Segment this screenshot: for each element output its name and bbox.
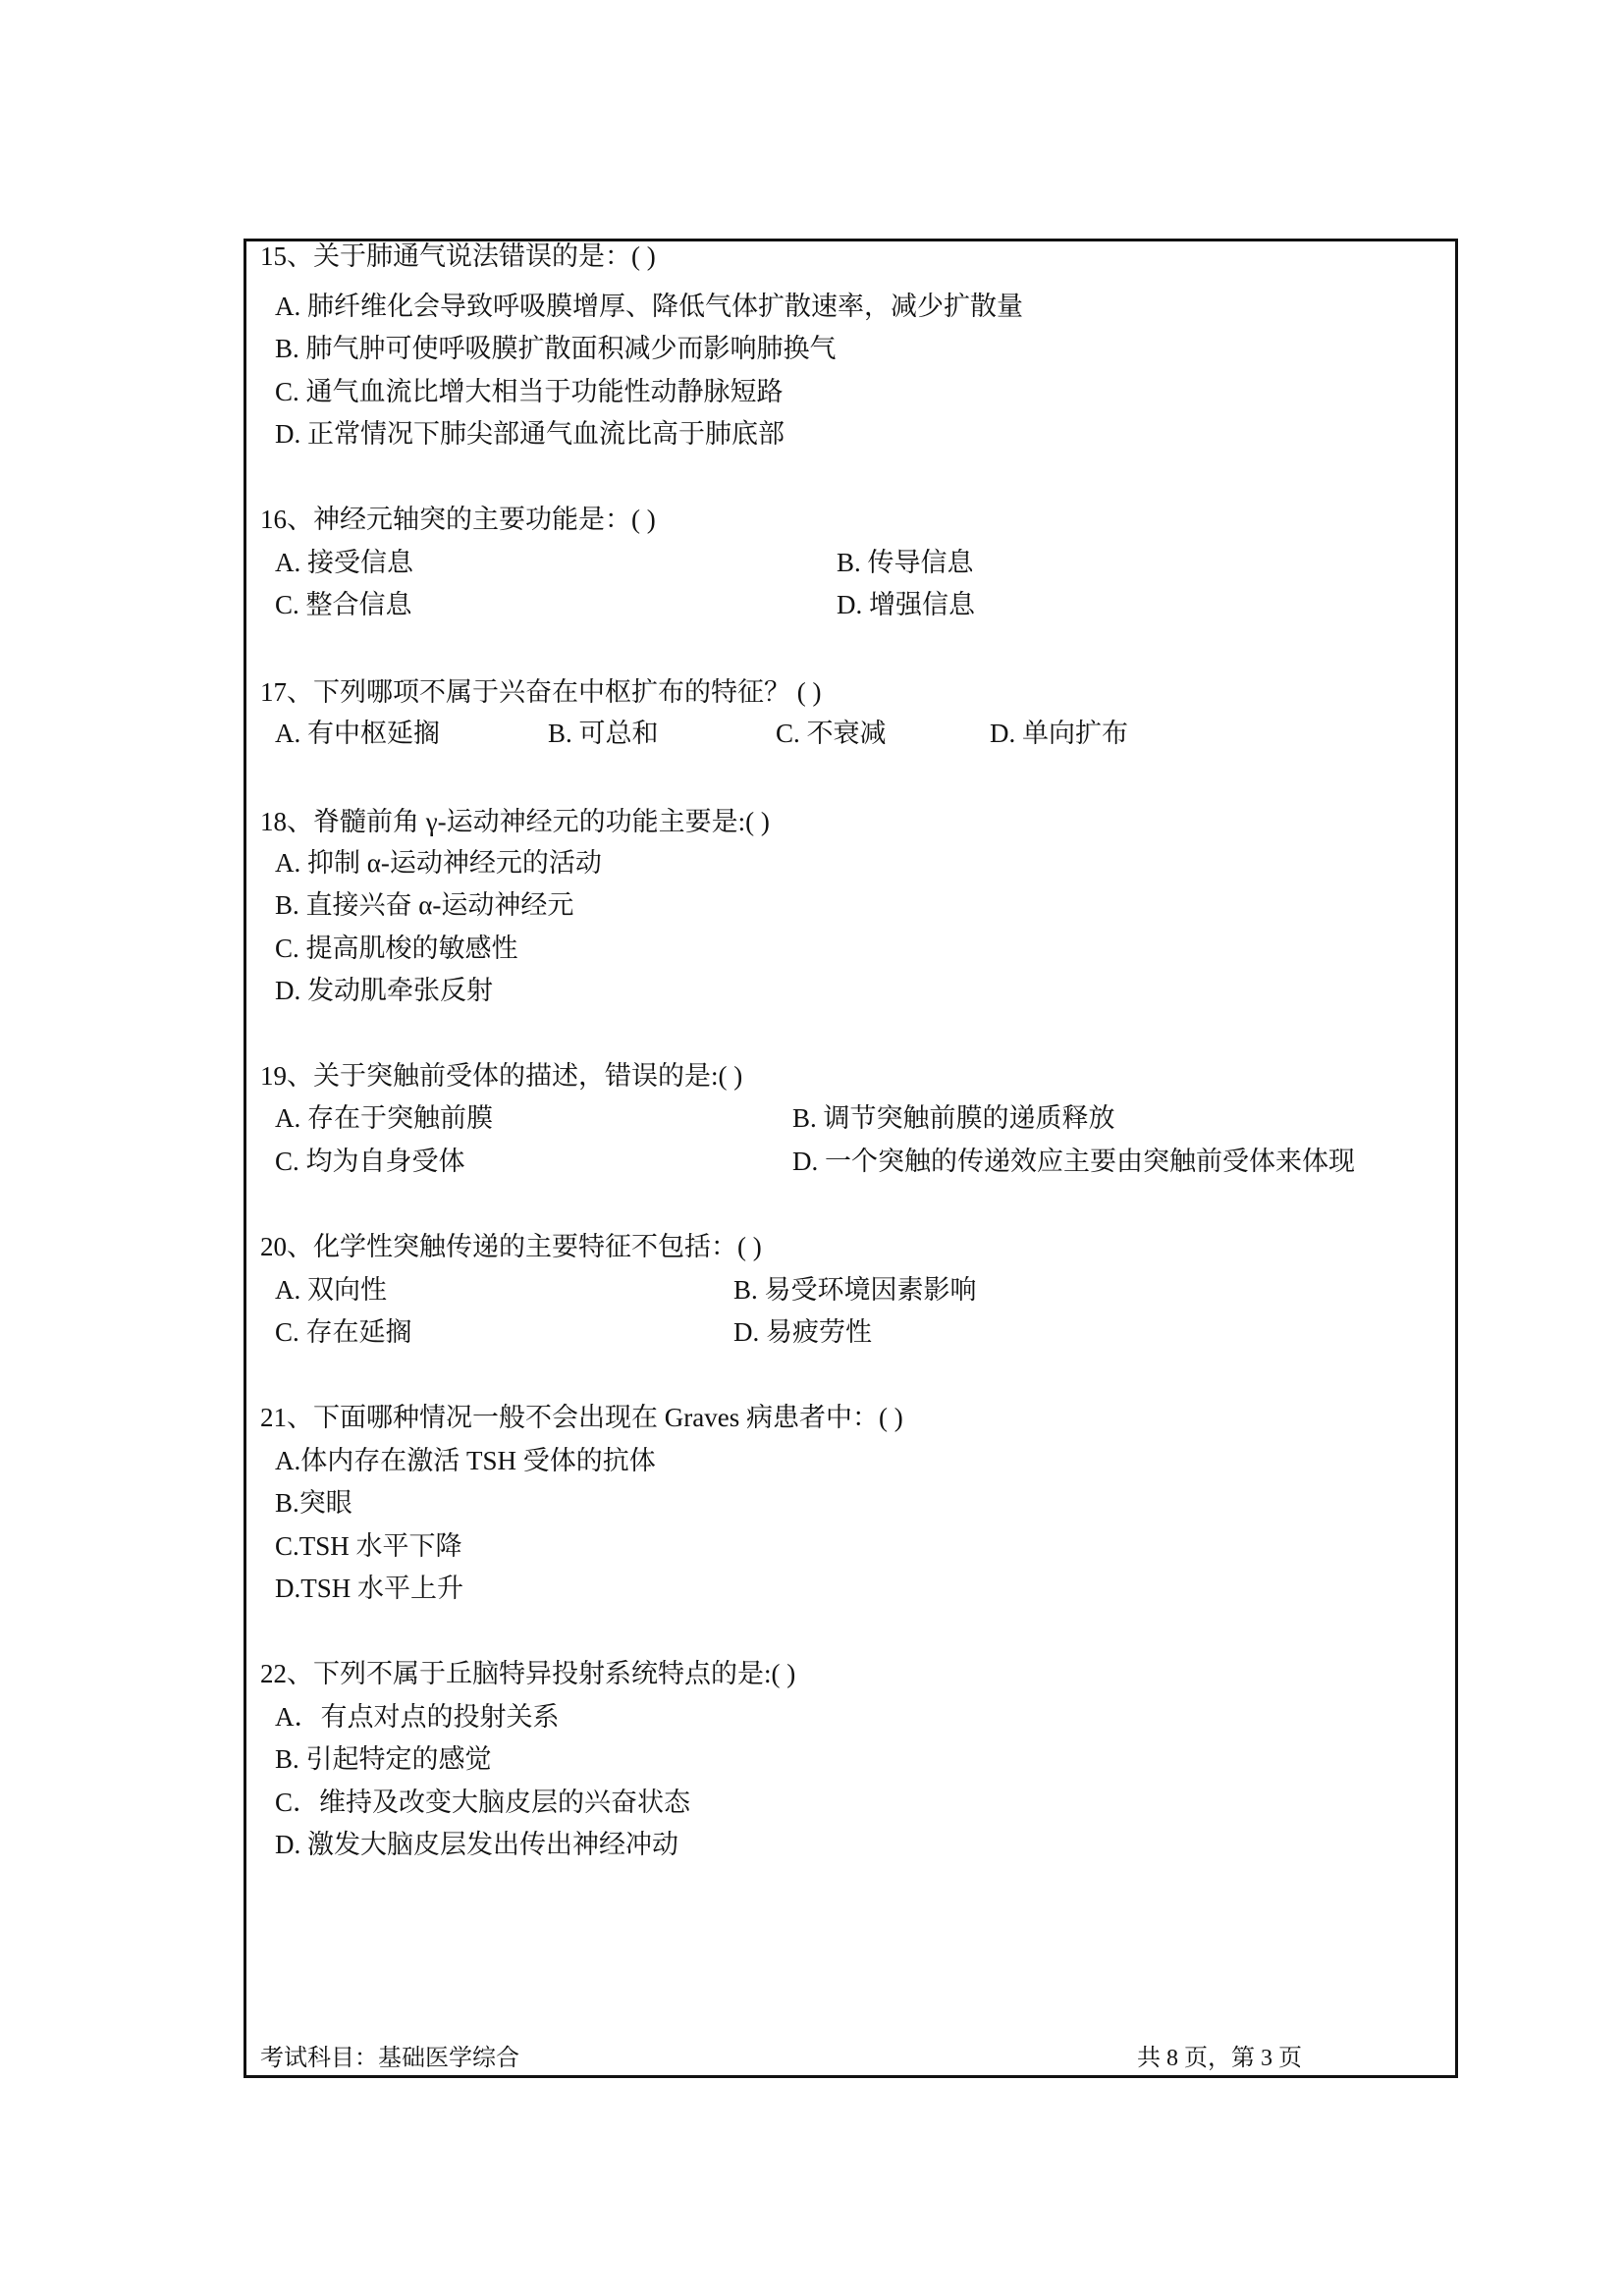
question-19-stem: 19、关于突触前受体的描述，错误的是:( ) bbox=[260, 1059, 742, 1093]
question-16-stem: 16、神经元轴突的主要功能是：( ) bbox=[260, 503, 656, 536]
q20-option-d: D. 易疲劳性 bbox=[733, 1315, 872, 1349]
q18-option-c: C. 提高肌梭的敏感性 bbox=[275, 932, 518, 965]
question-18-stem: 18、脊髓前角 γ-运动神经元的功能主要是:( ) bbox=[260, 805, 770, 838]
q21-option-c: C.TSH 水平下降 bbox=[275, 1529, 462, 1563]
q15-option-d: D. 正常情况下肺尖部通气血流比高于肺底部 bbox=[275, 417, 785, 451]
q20-option-b: B. 易受环境因素影响 bbox=[733, 1273, 977, 1307]
q19-option-a: A. 存在于突触前膜 bbox=[275, 1101, 493, 1135]
q17-option-a: A. 有中枢延搁 bbox=[275, 717, 440, 750]
q22-option-a: A．有点对点的投射关系 bbox=[275, 1700, 560, 1734]
q21-option-a: A.体内存在激活 TSH 受体的抗体 bbox=[275, 1444, 656, 1477]
q17-option-c: C. 不衰减 bbox=[776, 717, 887, 750]
q15-option-c: C. 通气血流比增大相当于功能性动静脉短路 bbox=[275, 375, 784, 408]
q15-option-b: B. 肺气肿可使呼吸膜扩散面积减少而影响肺换气 bbox=[275, 332, 837, 365]
question-22-stem: 22、下列不属于丘脑特异投射系统特点的是:( ) bbox=[260, 1657, 795, 1690]
question-21-stem: 21、下面哪种情况一般不会出现在 Graves 病患者中：( ) bbox=[260, 1401, 903, 1434]
q16-option-a: A. 接受信息 bbox=[275, 546, 413, 579]
q22-option-c: C．维持及改变大脑皮层的兴奋状态 bbox=[275, 1786, 690, 1819]
q16-option-d: D. 增强信息 bbox=[837, 588, 975, 621]
q22-option-d: D. 激发大脑皮层发出传出神经冲动 bbox=[275, 1828, 678, 1861]
q17-option-b: B. 可总和 bbox=[548, 717, 659, 750]
q17-option-d: D. 单向扩布 bbox=[990, 717, 1128, 750]
q18-option-d: D. 发动肌牵张反射 bbox=[275, 974, 493, 1007]
footer-subject: 考试科目：基础医学综合 bbox=[260, 2042, 519, 2075]
q16-option-c: C. 整合信息 bbox=[275, 588, 412, 621]
q15-option-a: A. 肺纤维化会导致呼吸膜增厚、降低气体扩散速率，减少扩散量 bbox=[275, 290, 1023, 323]
q20-option-c: C. 存在延搁 bbox=[275, 1315, 412, 1349]
q21-option-b: B.突眼 bbox=[275, 1486, 352, 1520]
q19-option-b: B. 调节突触前膜的递质释放 bbox=[792, 1101, 1115, 1135]
q19-option-d: D. 一个突触的传递效应主要由突触前受体来体现 bbox=[792, 1145, 1355, 1178]
question-17-stem: 17、下列哪项不属于兴奋在中枢扩布的特征？ ( ) bbox=[260, 675, 821, 709]
q16-option-b: B. 传导信息 bbox=[837, 546, 974, 579]
q20-option-a: A. 双向性 bbox=[275, 1273, 387, 1307]
footer-pagination: 共 8 页，第 3 页 bbox=[1137, 2042, 1302, 2075]
q18-option-a: A. 抑制 α-运动神经元的活动 bbox=[275, 846, 602, 880]
question-20-stem: 20、化学性突触传递的主要特征不包括：( ) bbox=[260, 1230, 762, 1263]
question-15-stem: 15、关于肺通气说法错误的是：( ) bbox=[260, 240, 656, 273]
q18-option-b: B. 直接兴奋 α-运动神经元 bbox=[275, 888, 573, 922]
q19-option-c: C. 均为自身受体 bbox=[275, 1145, 465, 1178]
q21-option-d: D.TSH 水平上升 bbox=[275, 1572, 463, 1605]
q22-option-b: B. 引起特定的感觉 bbox=[275, 1742, 492, 1776]
